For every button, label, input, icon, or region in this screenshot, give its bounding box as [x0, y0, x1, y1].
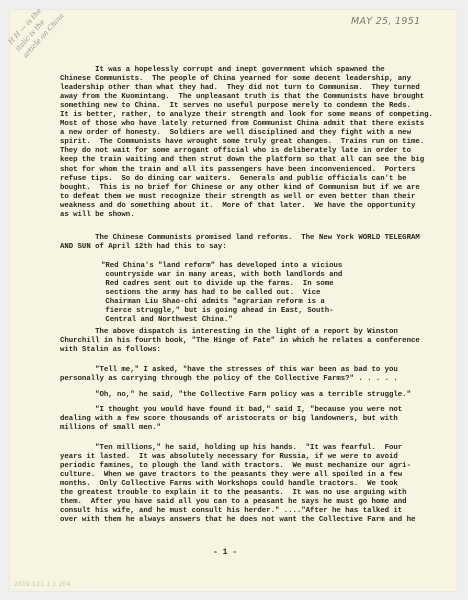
paragraph-2: The Chinese Communists promised land ref… [60, 234, 420, 252]
paragraph-3: The above dispatch is interesting in the… [60, 328, 420, 355]
handwritten-date: MAY 25, 1951 [351, 16, 420, 27]
block-quote: "Red China's "land reform" has developed… [101, 262, 342, 325]
paragraph-4: "Tell me," I asked, "have the stresses o… [60, 366, 398, 384]
paragraph-6: "I thought you would have found it bad,"… [60, 406, 402, 433]
page-number: - 1 - [213, 548, 237, 557]
paragraph-1: It was a hopelessly corrupt and inept go… [60, 66, 433, 220]
paragraph-7: "Ten millions," he said, holding up his … [60, 444, 415, 525]
archive-stamp: 2019.121.1.1.204 [14, 581, 71, 588]
paragraph-5: "Oh, no," he said, "the Collective Farm … [60, 391, 411, 400]
